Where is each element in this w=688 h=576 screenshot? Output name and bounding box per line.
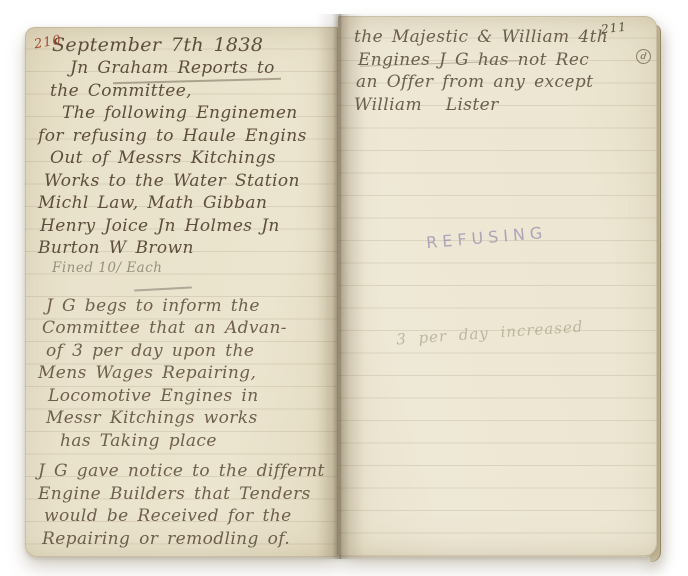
folio-number-right: 211 (600, 20, 627, 37)
entry-date: September 7th 1838 (52, 33, 330, 57)
manuscript-line: Locomotive Engines in (48, 385, 330, 408)
left-page-content: 210 September 7th 1838 Jn Graham Reports… (25, 27, 338, 557)
pencil-dash-stroke (134, 286, 192, 291)
manuscript-line: Engines J G has not Rec (358, 49, 647, 72)
pencil-refusing-annotation: REFUSING (425, 223, 548, 253)
manuscript-line: William Lister (354, 94, 647, 117)
pencil-faint-annotation: 3 per day increased (396, 317, 584, 348)
right-page: 211 d the Majestic & William 4th Engines… (338, 16, 657, 557)
manuscript-line: Michl Law, Math Gibban (38, 192, 330, 215)
minute-book: 210 September 7th 1838 Jn Graham Reports… (0, 0, 688, 576)
pencil-fine-annotation: Fined 10/ Each (52, 261, 330, 276)
manuscript-line: an Offer from any except (356, 71, 647, 94)
right-page-content: 211 d the Majestic & William 4th Engines… (338, 16, 657, 557)
manuscript-line: Committee that an Advan- (42, 317, 330, 340)
manuscript-line: Repairing or remodling of. (42, 528, 330, 551)
manuscript-line: would be Received for the (44, 505, 330, 528)
manuscript-line: Burton W Brown (38, 237, 330, 260)
wages-paragraph: J G begs to inform the Committee that an… (38, 295, 330, 453)
left-page: 210 September 7th 1838 Jn Graham Reports… (25, 27, 338, 557)
manuscript-line: The following Enginemen (62, 102, 330, 125)
enginemen-paragraph: The following Enginemen for refusing to … (38, 102, 330, 260)
manuscript-line: Jn Graham Reports to (70, 57, 330, 80)
engines-offer-paragraph: the Majestic & William 4th Engines J G h… (354, 26, 647, 116)
manuscript-line: J G begs to inform the (46, 295, 330, 318)
manuscript-photo: 210 September 7th 1838 Jn Graham Reports… (0, 0, 688, 576)
manuscript-line: the Committee, (50, 80, 330, 103)
tenders-paragraph: J G gave notice to the differnt Engine B… (38, 460, 330, 550)
manuscript-line: has Taking place (60, 430, 330, 453)
manuscript-line: Henry Joice Jn Holmes Jn (40, 215, 330, 238)
manuscript-line: Engine Builders that Tenders (38, 483, 330, 506)
manuscript-line: J G gave notice to the differnt (38, 460, 330, 483)
manuscript-line: Out of Messrs Kitchings (50, 147, 330, 170)
manuscript-line: Mens Wages Repairing, (38, 362, 330, 385)
manuscript-line: for refusing to Haule Engins (38, 125, 330, 148)
manuscript-line: Works to the Water Station (44, 170, 330, 193)
manuscript-line: Messr Kitchings works (46, 407, 330, 430)
manuscript-line: of 3 per day upon the (46, 340, 330, 363)
